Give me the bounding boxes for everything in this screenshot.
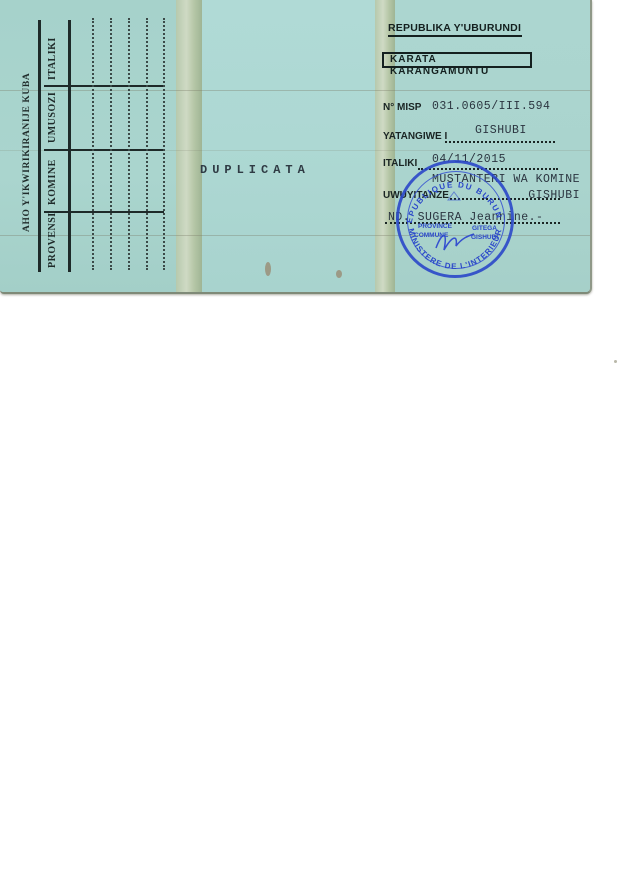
field-dots: [445, 141, 555, 143]
field-value-place: GISHUBI: [475, 124, 527, 137]
column-header-italiki: ITALIKI: [47, 37, 58, 80]
dotted-row: [146, 18, 148, 270]
dotted-row: [110, 18, 112, 270]
country-name: REPUBLIKA Y'UBURUNDI: [388, 22, 521, 34]
fold-crease-left: [176, 0, 202, 292]
table-border-header: [68, 20, 71, 272]
column-header-provensi: PROVENSI: [47, 212, 58, 268]
stamp-commune-label: COMMUNE: [414, 232, 448, 239]
dotted-row: [128, 18, 130, 270]
dotted-row: [163, 18, 165, 270]
fold-crease-right: [375, 0, 395, 292]
stain: [336, 270, 342, 278]
table-border-left: [38, 20, 41, 272]
column-header-umusozi: UMUSOZI: [47, 92, 58, 143]
stain: [265, 262, 271, 276]
scan-speck: [614, 360, 617, 363]
field-value-misp: 031.0605/III.594: [432, 100, 550, 113]
left-panel-title: AHO Y'IKWIRIKIRANIJE KUBA: [22, 73, 32, 232]
svg-text:REPUBLIQUE DU BURUNDI: REPUBLIQUE DU BURUNDI: [396, 160, 504, 224]
dotted-row: [92, 18, 94, 270]
stamp-text-ring: REPUBLIQUE DU BURUNDI MINISTERE DE L'INT…: [396, 160, 514, 278]
field-label-yatangiwe: YATANGIWE I: [383, 131, 447, 142]
stamp-commune-value: GISHUBI: [471, 234, 498, 241]
duplicata-watermark: DUPLICATA: [200, 163, 310, 177]
stamp-province-label: PROVINCE: [418, 223, 452, 230]
horizontal-crease: [0, 90, 590, 91]
country-underline: [388, 35, 522, 37]
middle-panel: [200, 0, 378, 292]
card-title-box: KARATA KARANGAMUNTU: [382, 52, 532, 68]
stamp-province-value: GITEGA: [472, 225, 497, 232]
column-header-komine: KOMINE: [47, 159, 58, 205]
field-label-misp: N° MISP: [383, 102, 421, 113]
